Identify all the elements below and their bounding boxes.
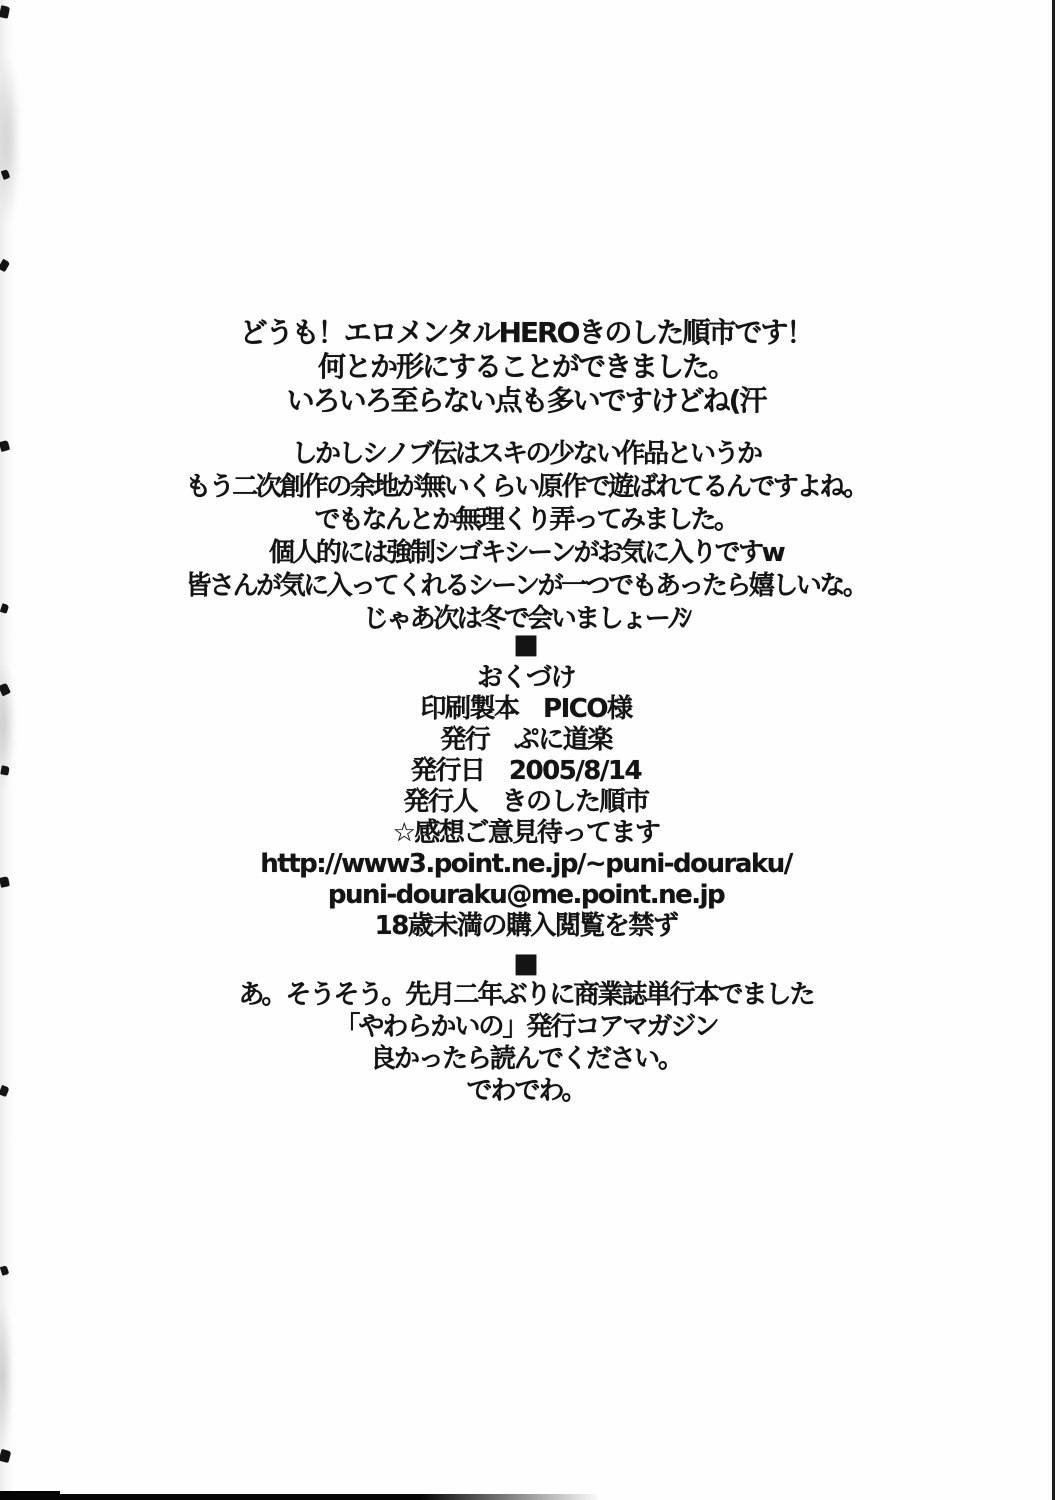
text-line: 発行人 きのした順市 [0, 787, 1052, 818]
text-line: でわでわ。 [0, 1075, 1052, 1107]
section-divider: ■ [0, 631, 1052, 658]
text-line: puni-douraku@me.point.ne.jp [0, 880, 1052, 911]
scan-right-border-line [1052, 0, 1055, 1500]
text-line: 何とか形にすることができました。 [0, 350, 1052, 384]
afterword-text-column: どうも！エロメンタルHEROきのした順市です！何とか形にすることができました。い… [0, 0, 1052, 1500]
text-line: http://www3.point.ne.jp/~puni-douraku/ [0, 849, 1052, 880]
postscript-block: あ。そうそう。先月二年ぶりに商業誌単行本でました「やわらかいの」発行コアマガジン… [0, 979, 1052, 1107]
scanned-page: どうも！エロメンタルHEROきのした順市です！何とか形にすることができました。い… [0, 0, 1060, 1500]
text-line: 良かったら読んでください。 [0, 1043, 1052, 1075]
text-line: いろいろ至らない点も多いですけどね(汗 [0, 384, 1052, 418]
colophon-block: おくづけ 印刷製本 PICO様発行 ぷに道楽発行日 2005/8/14発行人 き… [0, 663, 1052, 942]
text-line: 発行日 2005/8/14 [0, 756, 1052, 787]
text-line: 印刷製本 PICO様 [0, 694, 1052, 725]
section-divider: ■ [0, 950, 1052, 977]
text-line: ☆感想ご意見待ってます [0, 818, 1052, 849]
colophon-lines: 印刷製本 PICO様発行 ぷに道楽発行日 2005/8/14発行人 きのした順市… [0, 694, 1052, 942]
divider-square-glyph: ■ [0, 950, 1052, 977]
text-line: 個人的には強制シゴキシーンがお気に入りですw [0, 537, 1052, 570]
divider-square-glyph: ■ [0, 631, 1052, 658]
text-line: しかしシノブ伝はスキの少ない作品というか [0, 438, 1052, 471]
text-line: でもなんとか無理くり弄ってみました。 [0, 504, 1052, 537]
text-line: 発行 ぷに道楽 [0, 725, 1052, 756]
comments-block: しかしシノブ伝はスキの少ない作品というかもう二次創作の余地が無いくらい原作で遊ば… [0, 438, 1052, 636]
text-line: どうも！エロメンタルHEROきのした順市です！ [0, 316, 1052, 350]
text-line: 皆さんが気に入ってくれるシーンが一つでもあったら嬉しいな。 [0, 570, 1052, 603]
colophon-heading: おくづけ [0, 663, 1052, 694]
text-line: あ。そうそう。先月二年ぶりに商業誌単行本でました [0, 979, 1052, 1011]
greeting-block: どうも！エロメンタルHEROきのした順市です！何とか形にすることができました。い… [0, 316, 1052, 418]
text-line: 「やわらかいの」発行コアマガジン [0, 1011, 1052, 1043]
text-line: 18歳未満の購入閲覧を禁ず [0, 911, 1052, 942]
text-line: もう二次創作の余地が無いくらい原作で遊ばれてるんですよね。 [0, 471, 1052, 504]
